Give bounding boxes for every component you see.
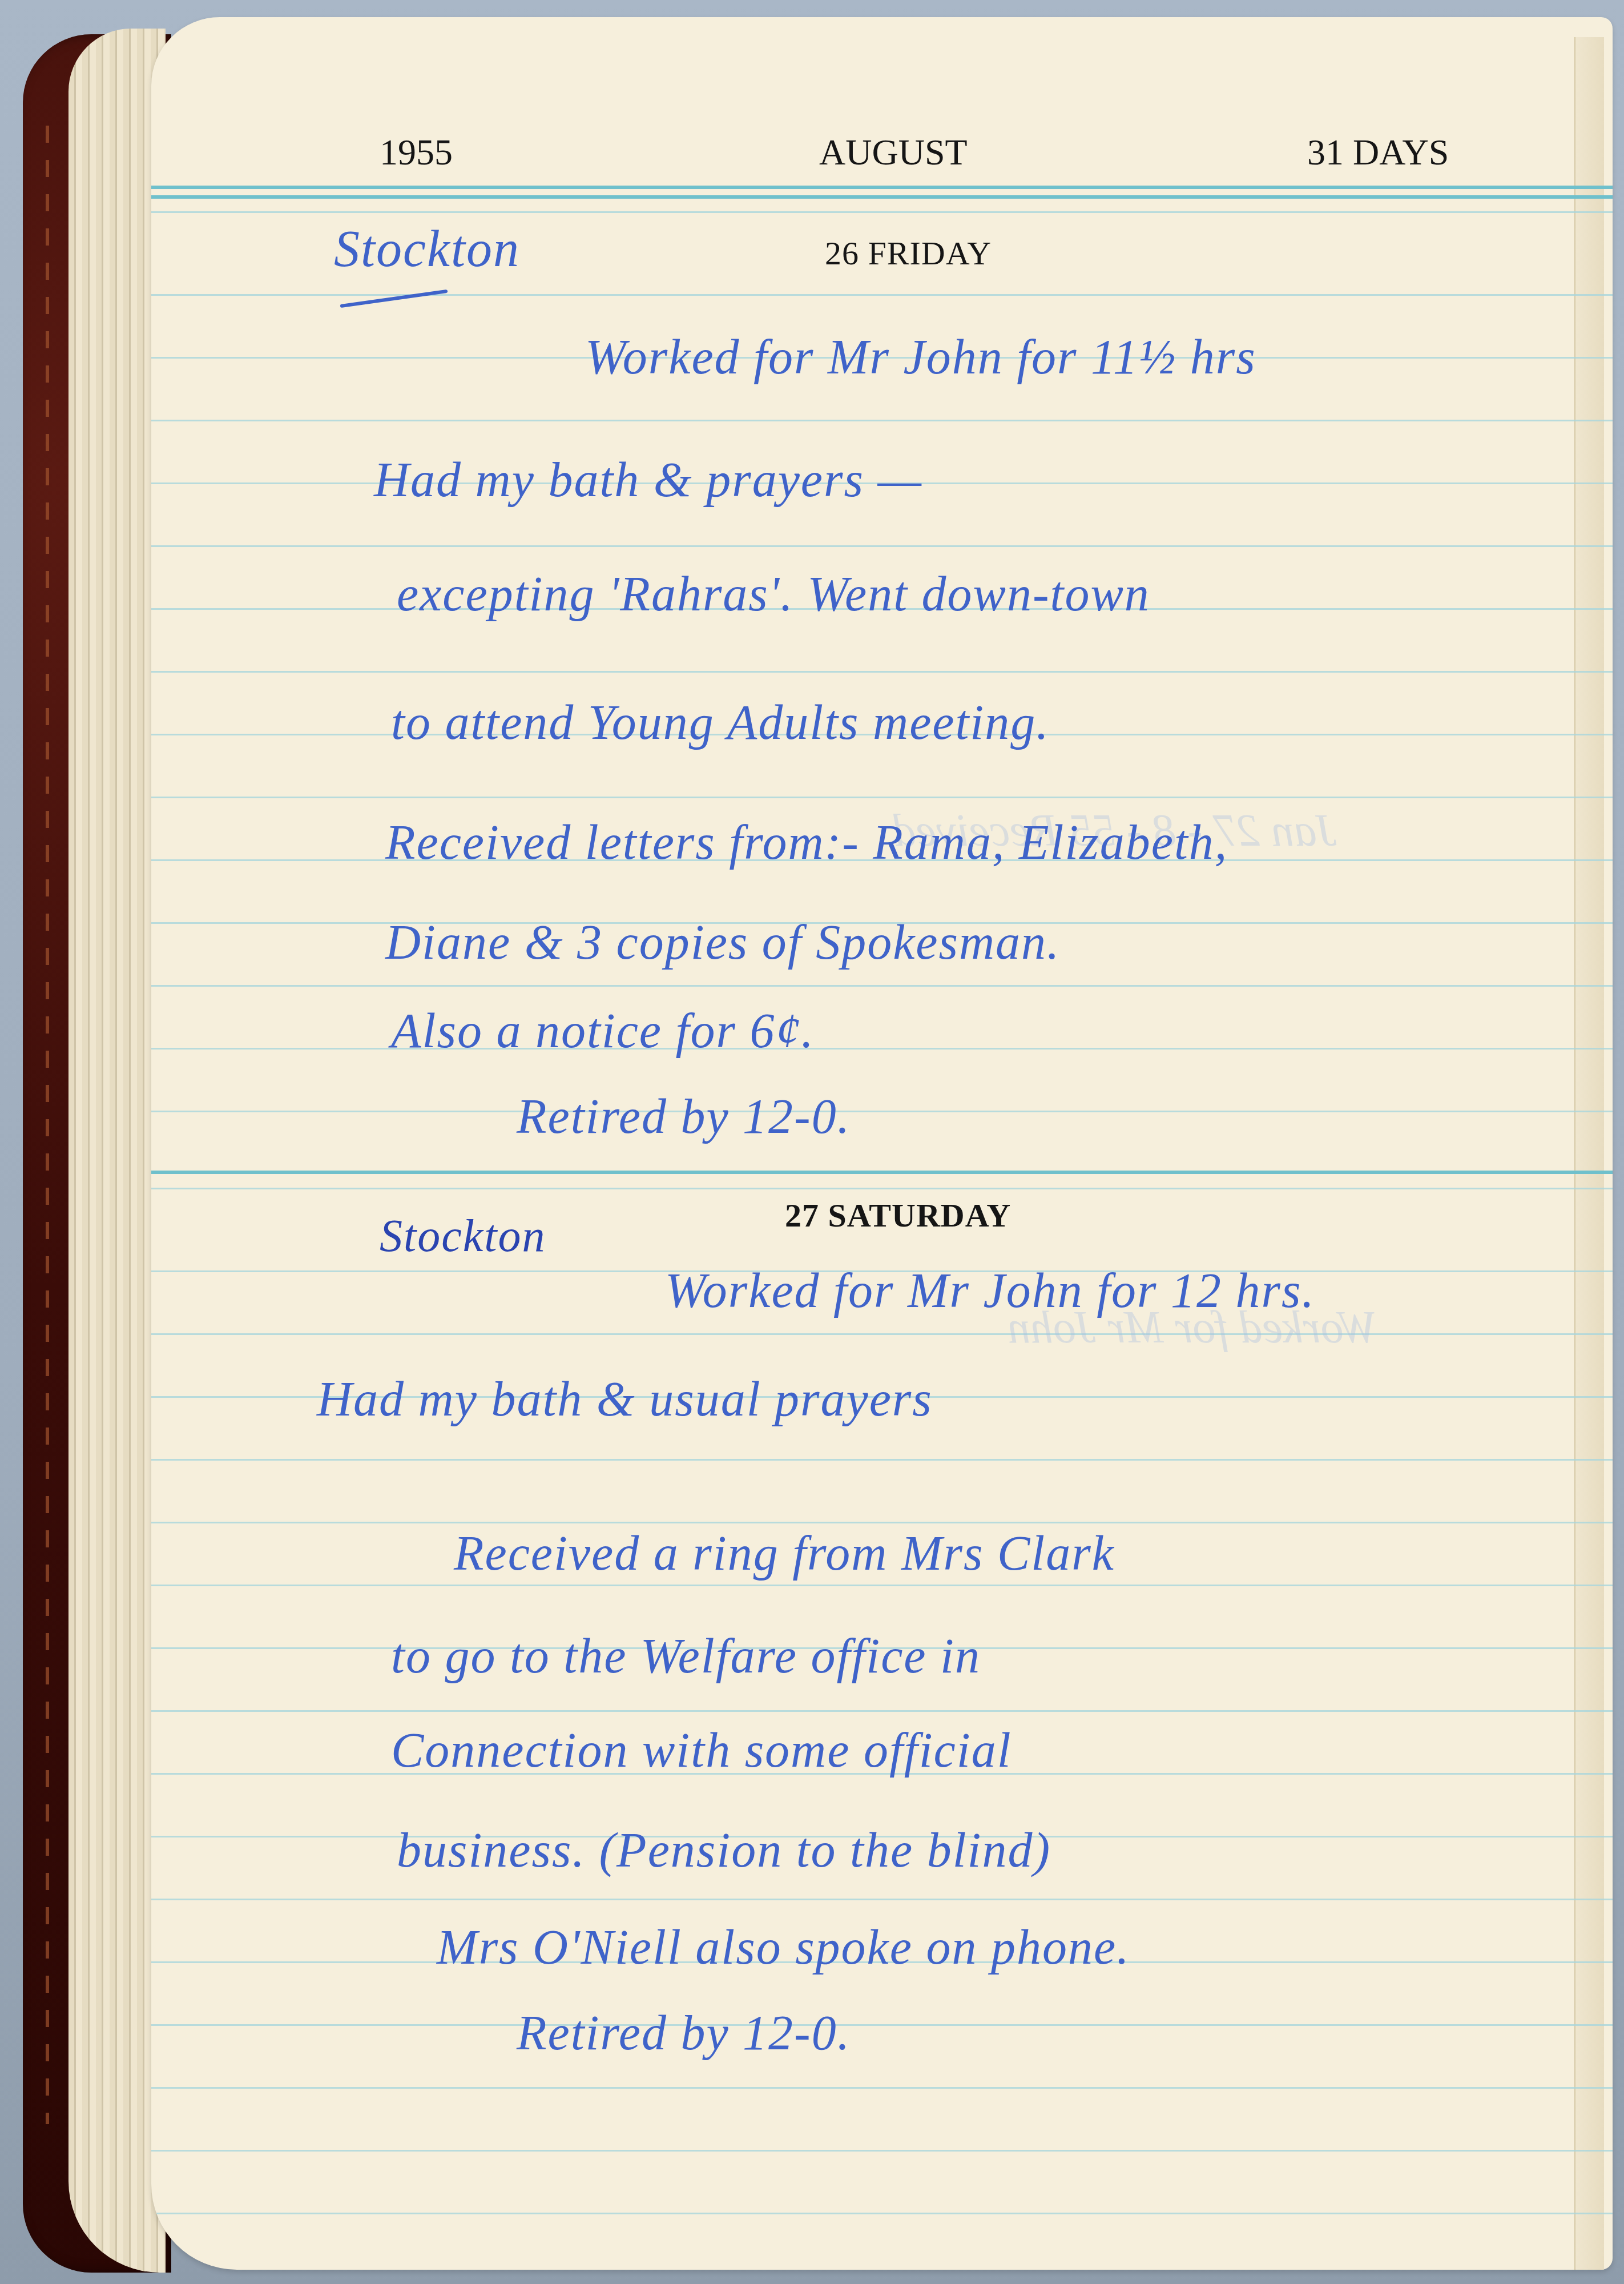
- ruled-line: [151, 545, 1613, 547]
- location-note: Stockton: [380, 1211, 546, 1262]
- entry-line: Received a ring from Mrs Clark: [454, 1525, 1115, 1582]
- location-underline: [340, 289, 448, 308]
- ruled-line: [151, 2150, 1613, 2152]
- ruled-line: [151, 2087, 1613, 2089]
- ruled-line: [151, 1710, 1613, 1712]
- header-rule-top: [151, 186, 1613, 189]
- header-month: AUGUST: [819, 131, 968, 174]
- entry-line: Retired by 12-0.: [517, 1088, 851, 1145]
- header-year: 1955: [380, 131, 453, 174]
- ruled-line: [151, 420, 1613, 421]
- entry-line: Had my bath & usual prayers: [317, 1370, 933, 1427]
- ruled-line: [151, 2213, 1613, 2214]
- next-page-edge: [1574, 37, 1604, 2270]
- entry-line: Had my bath & prayers —: [374, 451, 922, 508]
- day-heading-friday: 26 FRIDAY: [825, 234, 992, 272]
- header-rule-bottom: [151, 195, 1613, 199]
- entry-line: Also a notice for 6¢.: [391, 1002, 815, 1059]
- ruled-line: [151, 1585, 1613, 1586]
- entry-line: Worked for Mr John for 11½ hrs: [585, 328, 1256, 385]
- cover-stitching: [46, 126, 49, 2124]
- ruled-line: [151, 1048, 1613, 1049]
- header-days: 31 DAYS: [1307, 131, 1449, 174]
- entry-line: Worked for Mr John for 12 hrs.: [665, 1262, 1315, 1319]
- ruled-line: [151, 1899, 1613, 1900]
- page-header: 1955 AUGUST 31 DAYS: [151, 131, 1613, 183]
- ruled-line: [151, 2024, 1613, 2026]
- ruled-line: [151, 985, 1613, 987]
- ruled-line: [151, 1111, 1613, 1112]
- ruled-line: [151, 1459, 1613, 1461]
- diary-page: 1955 AUGUST 31 DAYS Jan 27 - 8 - 55 Rece…: [151, 17, 1613, 2270]
- entry-line: business. (Pension to the blind): [397, 1821, 1051, 1879]
- entry-line: excepting 'Rahras'. Went down-town: [397, 565, 1150, 622]
- ruled-line: [151, 294, 1613, 296]
- entry-line: Connection with some official: [391, 1722, 1012, 1779]
- ruled-line: [151, 671, 1613, 673]
- entry-line: Received letters from:- Rama, Elizabeth,: [385, 814, 1228, 871]
- entry-line: Mrs O'Niell also spoke on phone.: [437, 1919, 1130, 1976]
- entry-line: to attend Young Adults meeting.: [391, 694, 1050, 751]
- ruled-line: [151, 1333, 1613, 1335]
- entry-line: Retired by 12-0.: [517, 2004, 851, 2061]
- day-heading-saturday: 27 SATURDAY: [785, 1196, 1011, 1235]
- ruled-line: [151, 1188, 1613, 1189]
- ruled-line: [151, 797, 1613, 798]
- ruled-line: [151, 211, 1613, 213]
- ruled-line: [151, 1522, 1613, 1523]
- entry-line: Diane & 3 copies of Spokesman.: [385, 914, 1061, 971]
- day-divider-rule: [151, 1171, 1613, 1174]
- entry-line: to go to the Welfare office in: [391, 1627, 981, 1684]
- location-note: Stockton: [334, 220, 520, 279]
